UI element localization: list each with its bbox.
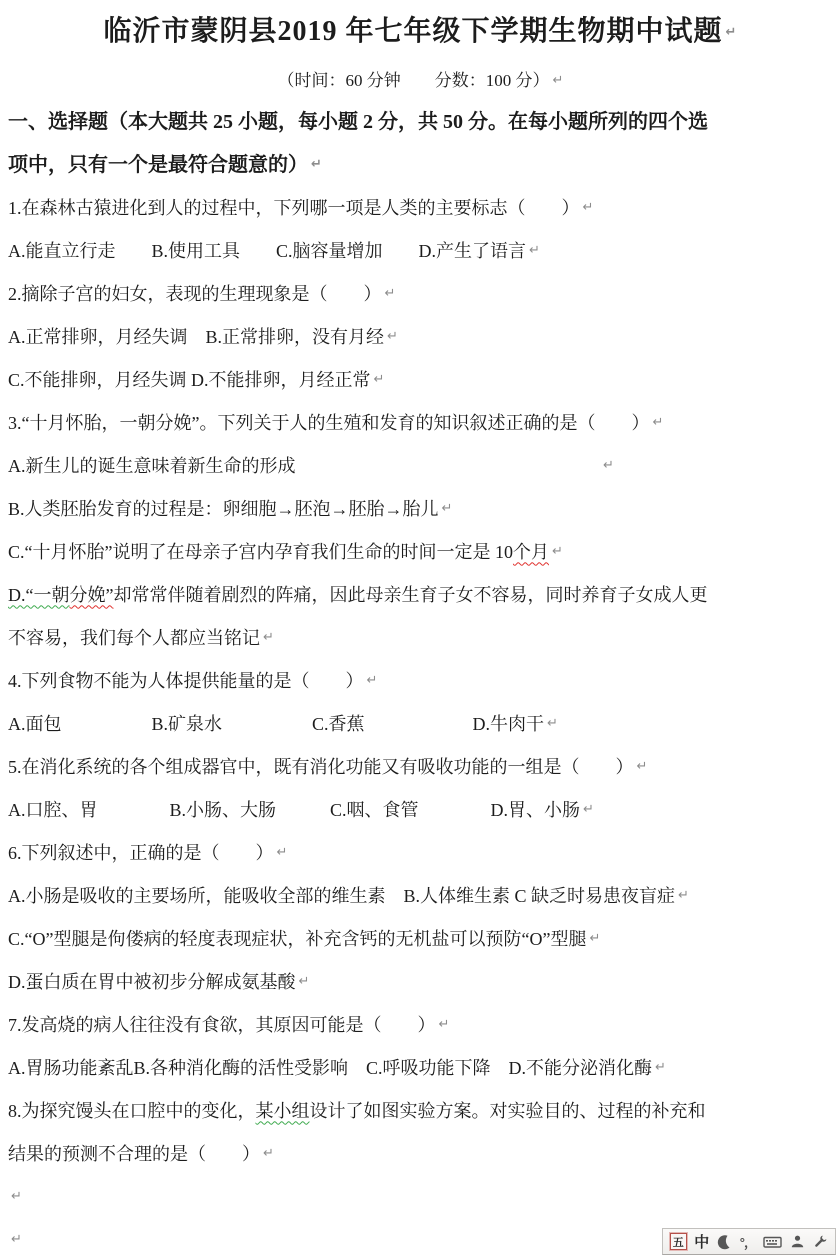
- paragraph-mark: ↵: [678, 889, 689, 902]
- question-8-line-2: 结果的预测不合理的是（ ）↵: [0, 1132, 839, 1175]
- paragraph-mark: ↵: [637, 760, 648, 773]
- text-segment: A.能直立行走 B.使用工具 C.脑容量增加 D.产生了语言: [8, 242, 526, 260]
- exam-title: 临沂市蒙阴县2019 年七年级下学期生物期中试题 ↵: [0, 0, 839, 60]
- text-segment: 4.下列食物不能为人体提供能量的是（ ）: [8, 672, 364, 690]
- question-7: 7.发高烧的病人往往没有食欲，其原因可能是（ ）↵: [0, 1003, 839, 1046]
- paragraph-mark: ↵: [374, 373, 385, 386]
- ime-user-button[interactable]: [789, 1231, 805, 1252]
- text-segment: D.蛋白质在胃中被初步分解成氨基酸: [8, 973, 296, 991]
- ime-soft-keyboard-button[interactable]: [763, 1231, 782, 1252]
- paragraph-mark: ↵: [385, 287, 396, 300]
- spellcheck-green-segment: 某小组: [256, 1102, 310, 1120]
- text-segment: 一、选择题（本大题共 25 小题，每小题 2 分，共 50 分。在每小题所列的四…: [8, 112, 708, 132]
- question-8-line-1: 8.为探究馒头在口腔中的变化，某小组设计了如图实验方案。对实验目的、过程的补充和: [0, 1089, 839, 1132]
- text-segment: 1.在森林古猿进化到人的过程中，下列哪一项是人类的主要标志（ ）: [8, 199, 580, 217]
- text-segment: 7.发高烧的病人往往没有食欲，其原因可能是（ ）: [8, 1016, 436, 1034]
- paragraph-mark: ↵: [726, 26, 738, 39]
- text-segment: 设计了如图实验方案。对实验目的、过程的补充和: [310, 1102, 706, 1120]
- text-segment: 项中，只有一个是最符合题意的）: [8, 155, 308, 175]
- empty-paragraph-1: ↵: [0, 1175, 839, 1218]
- question-6: 6.下列叙述中，正确的是（ ）↵: [0, 831, 839, 874]
- section-header-line-2: 项中，只有一个是最符合题意的）↵: [0, 143, 839, 186]
- text-segment: 却常常伴随着剧烈的阵痛，因此母亲生育子女不容易，同时养育子女成人更: [114, 586, 708, 604]
- question-3-option-d-cont: 不容易，我们每个人都应当铭记↵: [0, 616, 839, 659]
- spellcheck-red-segment: 分娩”: [70, 586, 114, 604]
- question-list: 一、选择题（本大题共 25 小题，每小题 2 分，共 50 分。在每小题所列的四…: [0, 100, 839, 1259]
- paragraph-mark: ↵: [263, 1147, 274, 1160]
- question-1: 1.在森林古猿进化到人的过程中，下列哪一项是人类的主要标志（ ）↵: [0, 186, 839, 229]
- question-6-options-ab: A.小肠是吸收的主要场所，能吸收全部的维生素 B.人体维生素 C 缺乏时易患夜盲…: [0, 874, 839, 917]
- paragraph-mark: ↵: [583, 803, 594, 816]
- paragraph-mark: ↵: [387, 330, 398, 343]
- question-3-option-a: A.新生儿的诞生意味着新生命的形成↵: [0, 444, 839, 487]
- paragraph-mark: ↵: [589, 932, 600, 945]
- wrench-icon: [812, 1234, 828, 1250]
- wubi-logo-icon: 五: [670, 1233, 687, 1250]
- question-5: 5.在消化系统的各个组成器官中，既有消化功能又有吸收功能的一组是（ ）↵: [0, 745, 839, 788]
- question-4-options: A.面包 B.矿泉水 C.香蕉 D.牛肉干↵: [0, 702, 839, 745]
- question-4: 4.下列食物不能为人体提供能量的是（ ）↵: [0, 659, 839, 702]
- ime-tools-button[interactable]: [812, 1231, 828, 1252]
- exam-subtitle: （时间：60 分钟 分数：100 分） ↵: [0, 60, 839, 100]
- paragraph-mark: ↵: [553, 74, 564, 87]
- exam-title-text: 临沂市蒙阴县2019 年七年级下学期生物期中试题: [104, 18, 723, 46]
- question-3-option-b: B.人类胚胎发育的过程是：卵细胞→胚泡→胚胎→胎儿↵: [0, 487, 839, 530]
- paragraph-mark: ↵: [583, 201, 594, 214]
- question-1-options: A.能直立行走 B.使用工具 C.脑容量增加 D.产生了语言↵: [0, 229, 839, 272]
- text-segment: 结果的预测不合理的是（ ）: [8, 1145, 260, 1163]
- text-segment: A.新生儿的诞生意味着新生命的形成: [8, 457, 296, 475]
- text-segment: 6.下列叙述中，正确的是（ ）: [8, 844, 274, 862]
- text-segment: 不容易，我们每个人都应当铭记: [8, 629, 260, 647]
- ime-punctuation-button[interactable]: °，: [740, 1231, 756, 1252]
- soft-keyboard-icon: [763, 1235, 782, 1249]
- text-segment: B.人类胚胎发育的过程是：卵细胞→胚泡→胚胎→胎儿: [8, 500, 439, 518]
- text-segment: C.不能排卵，月经失调 D.不能排卵，月经正常: [8, 371, 371, 389]
- text-segment: A.正常排卵，月经失调 B.正常排卵，没有月经: [8, 328, 384, 346]
- text-segment: C.“十月怀胎”说明了在母亲子宫内孕育我们生命的时间一定是 10: [8, 543, 513, 561]
- question-2: 2.摘除子宫的妇女，表现的生理现象是（ ）↵: [0, 272, 839, 315]
- exam-subtitle-text: （时间：60 分钟 分数：100 分）: [278, 72, 550, 89]
- fullwidth-moon-icon: [717, 1234, 733, 1250]
- paragraph-mark: ↵: [439, 1018, 450, 1031]
- question-3-option-c: C.“十月怀胎”说明了在母亲子宫内孕育我们生命的时间一定是 10个月↵: [0, 530, 839, 573]
- question-5-options: A.口腔、胃 B.小肠、大肠 C.咽、食管 D.胃、小肠↵: [0, 788, 839, 831]
- paragraph-mark: ↵: [11, 1233, 22, 1246]
- text-segment: C.“O”型腿是佝偻病的轻度表现症状，补充含钙的无机盐可以预防“O”型腿: [8, 930, 586, 948]
- user-icon: [790, 1234, 805, 1249]
- question-2-options-ab: A.正常排卵，月经失调 B.正常排卵，没有月经↵: [0, 315, 839, 358]
- ime-chinese-mode-button[interactable]: 中: [694, 1231, 710, 1252]
- text-segment: A.小肠是吸收的主要场所，能吸收全部的维生素 B.人体维生素 C 缺乏时易患夜盲…: [8, 887, 675, 905]
- paragraph-mark: ↵: [299, 975, 310, 988]
- paragraph-mark: ↵: [603, 459, 614, 472]
- question-6-option-c: C.“O”型腿是佝偻病的轻度表现症状，补充含钙的无机盐可以预防“O”型腿↵: [0, 917, 839, 960]
- paragraph-mark: ↵: [277, 846, 288, 859]
- paragraph-mark: ↵: [529, 244, 540, 257]
- paragraph-mark: ↵: [652, 416, 663, 429]
- text-segment: A.胃肠功能紊乱B.各种消化酶的活性受影响 C.呼吸功能下降 D.不能分泌消化酶: [8, 1059, 652, 1077]
- spellcheck-green-segment: D.“一朝: [8, 586, 70, 604]
- spellcheck-red-segment: 个月: [513, 543, 549, 561]
- question-6-option-d: D.蛋白质在胃中被初步分解成氨基酸↵: [0, 960, 839, 1003]
- text-segment: 3.“十月怀胎，一朝分娩”。下列关于人的生殖和发育的知识叙述正确的是（ ）: [8, 414, 649, 432]
- paragraph-mark: ↵: [552, 545, 563, 558]
- ime-wubi-button[interactable]: 五: [670, 1231, 687, 1252]
- question-3-option-d: D.“一朝分娩”却常常伴随着剧烈的阵痛，因此母亲生育子女不容易，同时养育子女成人…: [0, 573, 839, 616]
- ime-fullwidth-toggle-button[interactable]: [717, 1231, 733, 1252]
- paragraph-mark: ↵: [442, 502, 453, 515]
- paragraph-mark: ↵: [367, 674, 378, 687]
- paragraph-mark: ↵: [263, 631, 274, 644]
- paragraph-mark: ↵: [655, 1061, 666, 1074]
- text-segment: A.面包 B.矿泉水 C.香蕉 D.牛肉干: [8, 715, 544, 733]
- paragraph-mark: ↵: [547, 717, 558, 730]
- text-segment: 8.为探究馒头在口腔中的变化，: [8, 1102, 256, 1120]
- paragraph-mark: ↵: [311, 158, 322, 171]
- ime-language-bar: 五 中 °，: [662, 1228, 836, 1255]
- text-segment: A.口腔、胃 B.小肠、大肠 C.咽、食管 D.胃、小肠: [8, 801, 580, 819]
- question-2-options-cd: C.不能排卵，月经失调 D.不能排卵，月经正常↵: [0, 358, 839, 401]
- question-3: 3.“十月怀胎，一朝分娩”。下列关于人的生殖和发育的知识叙述正确的是（ ）↵: [0, 401, 839, 444]
- section-header-line-1: 一、选择题（本大题共 25 小题，每小题 2 分，共 50 分。在每小题所列的四…: [0, 100, 839, 143]
- document-page: 临沂市蒙阴县2019 年七年级下学期生物期中试题 ↵ （时间：60 分钟 分数：…: [0, 0, 839, 1259]
- paragraph-mark: ↵: [11, 1190, 22, 1203]
- text-segment: 2.摘除子宫的妇女，表现的生理现象是（ ）: [8, 285, 382, 303]
- text-segment: 5.在消化系统的各个组成器官中，既有消化功能又有吸收功能的一组是（ ）: [8, 758, 634, 776]
- question-7-options: A.胃肠功能紊乱B.各种消化酶的活性受影响 C.呼吸功能下降 D.不能分泌消化酶…: [0, 1046, 839, 1089]
